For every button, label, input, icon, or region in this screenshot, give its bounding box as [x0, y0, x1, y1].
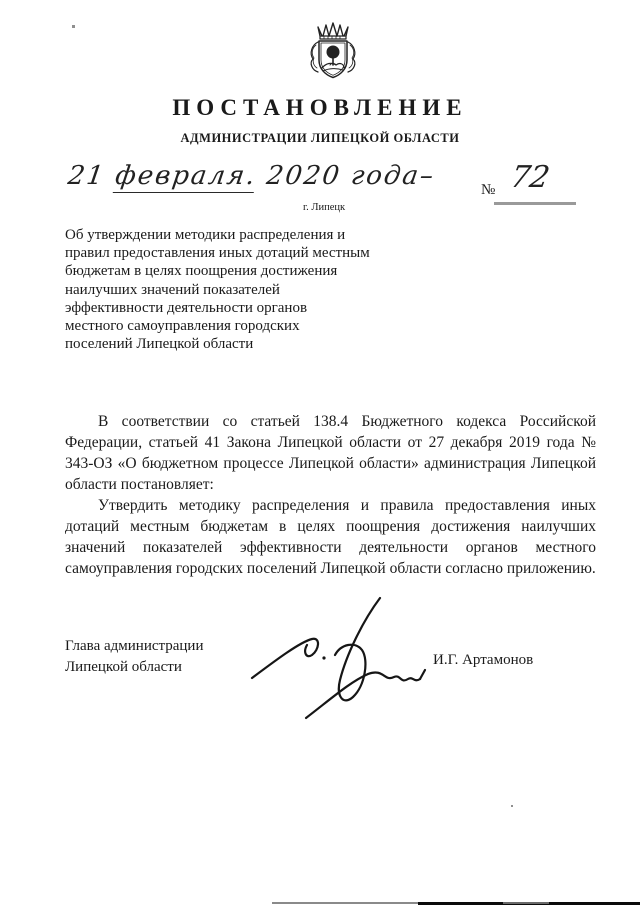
document-number-area: № 72 — [481, 178, 601, 212]
subject-line: эффективности деятельности органов — [65, 299, 405, 317]
subject-line: бюджетам в целях поощрения достижения — [65, 262, 405, 280]
signer-name: И.Г. Артамонов — [433, 652, 533, 669]
date-flourish: – — [418, 161, 435, 191]
body-text: В соответствии со статьей 138.4 Бюджетно… — [65, 411, 596, 579]
number-underline — [494, 202, 576, 205]
decree-document-page: ПОСТАНОВЛЕНИЕ АДМИНИСТРАЦИИ ЛИПЕЦКОЙ ОБЛ… — [0, 0, 640, 905]
coat-of-arms-icon — [303, 21, 363, 87]
city-label: г. Липецк — [303, 202, 345, 213]
date-month: февраля. — [113, 161, 259, 193]
body-paragraph-1: В соответствии со статьей 138.4 Бюджетно… — [65, 411, 596, 495]
signer-position: Глава администрации Липецкой области — [65, 636, 203, 678]
scan-speck — [72, 25, 75, 28]
subject-line: Об утверждении методики распределения и — [65, 226, 405, 244]
number-sign: № — [481, 182, 495, 199]
subject-line: поселений Липецкой области — [65, 335, 405, 353]
handwritten-date: 21 февраля. 2020 года– — [66, 161, 435, 191]
signer-position-line2: Липецкой области — [65, 657, 203, 678]
body-paragraph-2: Утвердить методику распределения и прави… — [65, 495, 596, 579]
scan-edge-artifact — [503, 902, 549, 904]
date-day: 21 — [66, 161, 107, 191]
subject-line: правил предоставления иных дотаций местн… — [65, 244, 405, 262]
document-subtitle: АДМИНИСТРАЦИИ ЛИПЕЦКОЙ ОБЛАСТИ — [0, 131, 640, 146]
handwritten-number: 72 — [508, 160, 552, 195]
subject-line: местного самоуправления городских — [65, 317, 405, 335]
scan-edge-artifact — [272, 902, 418, 904]
signer-position-line1: Глава администрации — [65, 636, 203, 657]
document-title: ПОСТАНОВЛЕНИЕ — [0, 95, 640, 121]
date-year: 2020 года — [265, 161, 422, 191]
subject-block: Об утверждении методики распределения и … — [65, 226, 405, 353]
signature-autograph-icon — [248, 594, 438, 724]
scan-speck — [511, 805, 513, 807]
subject-line: наилучших значений показателей — [65, 281, 405, 299]
